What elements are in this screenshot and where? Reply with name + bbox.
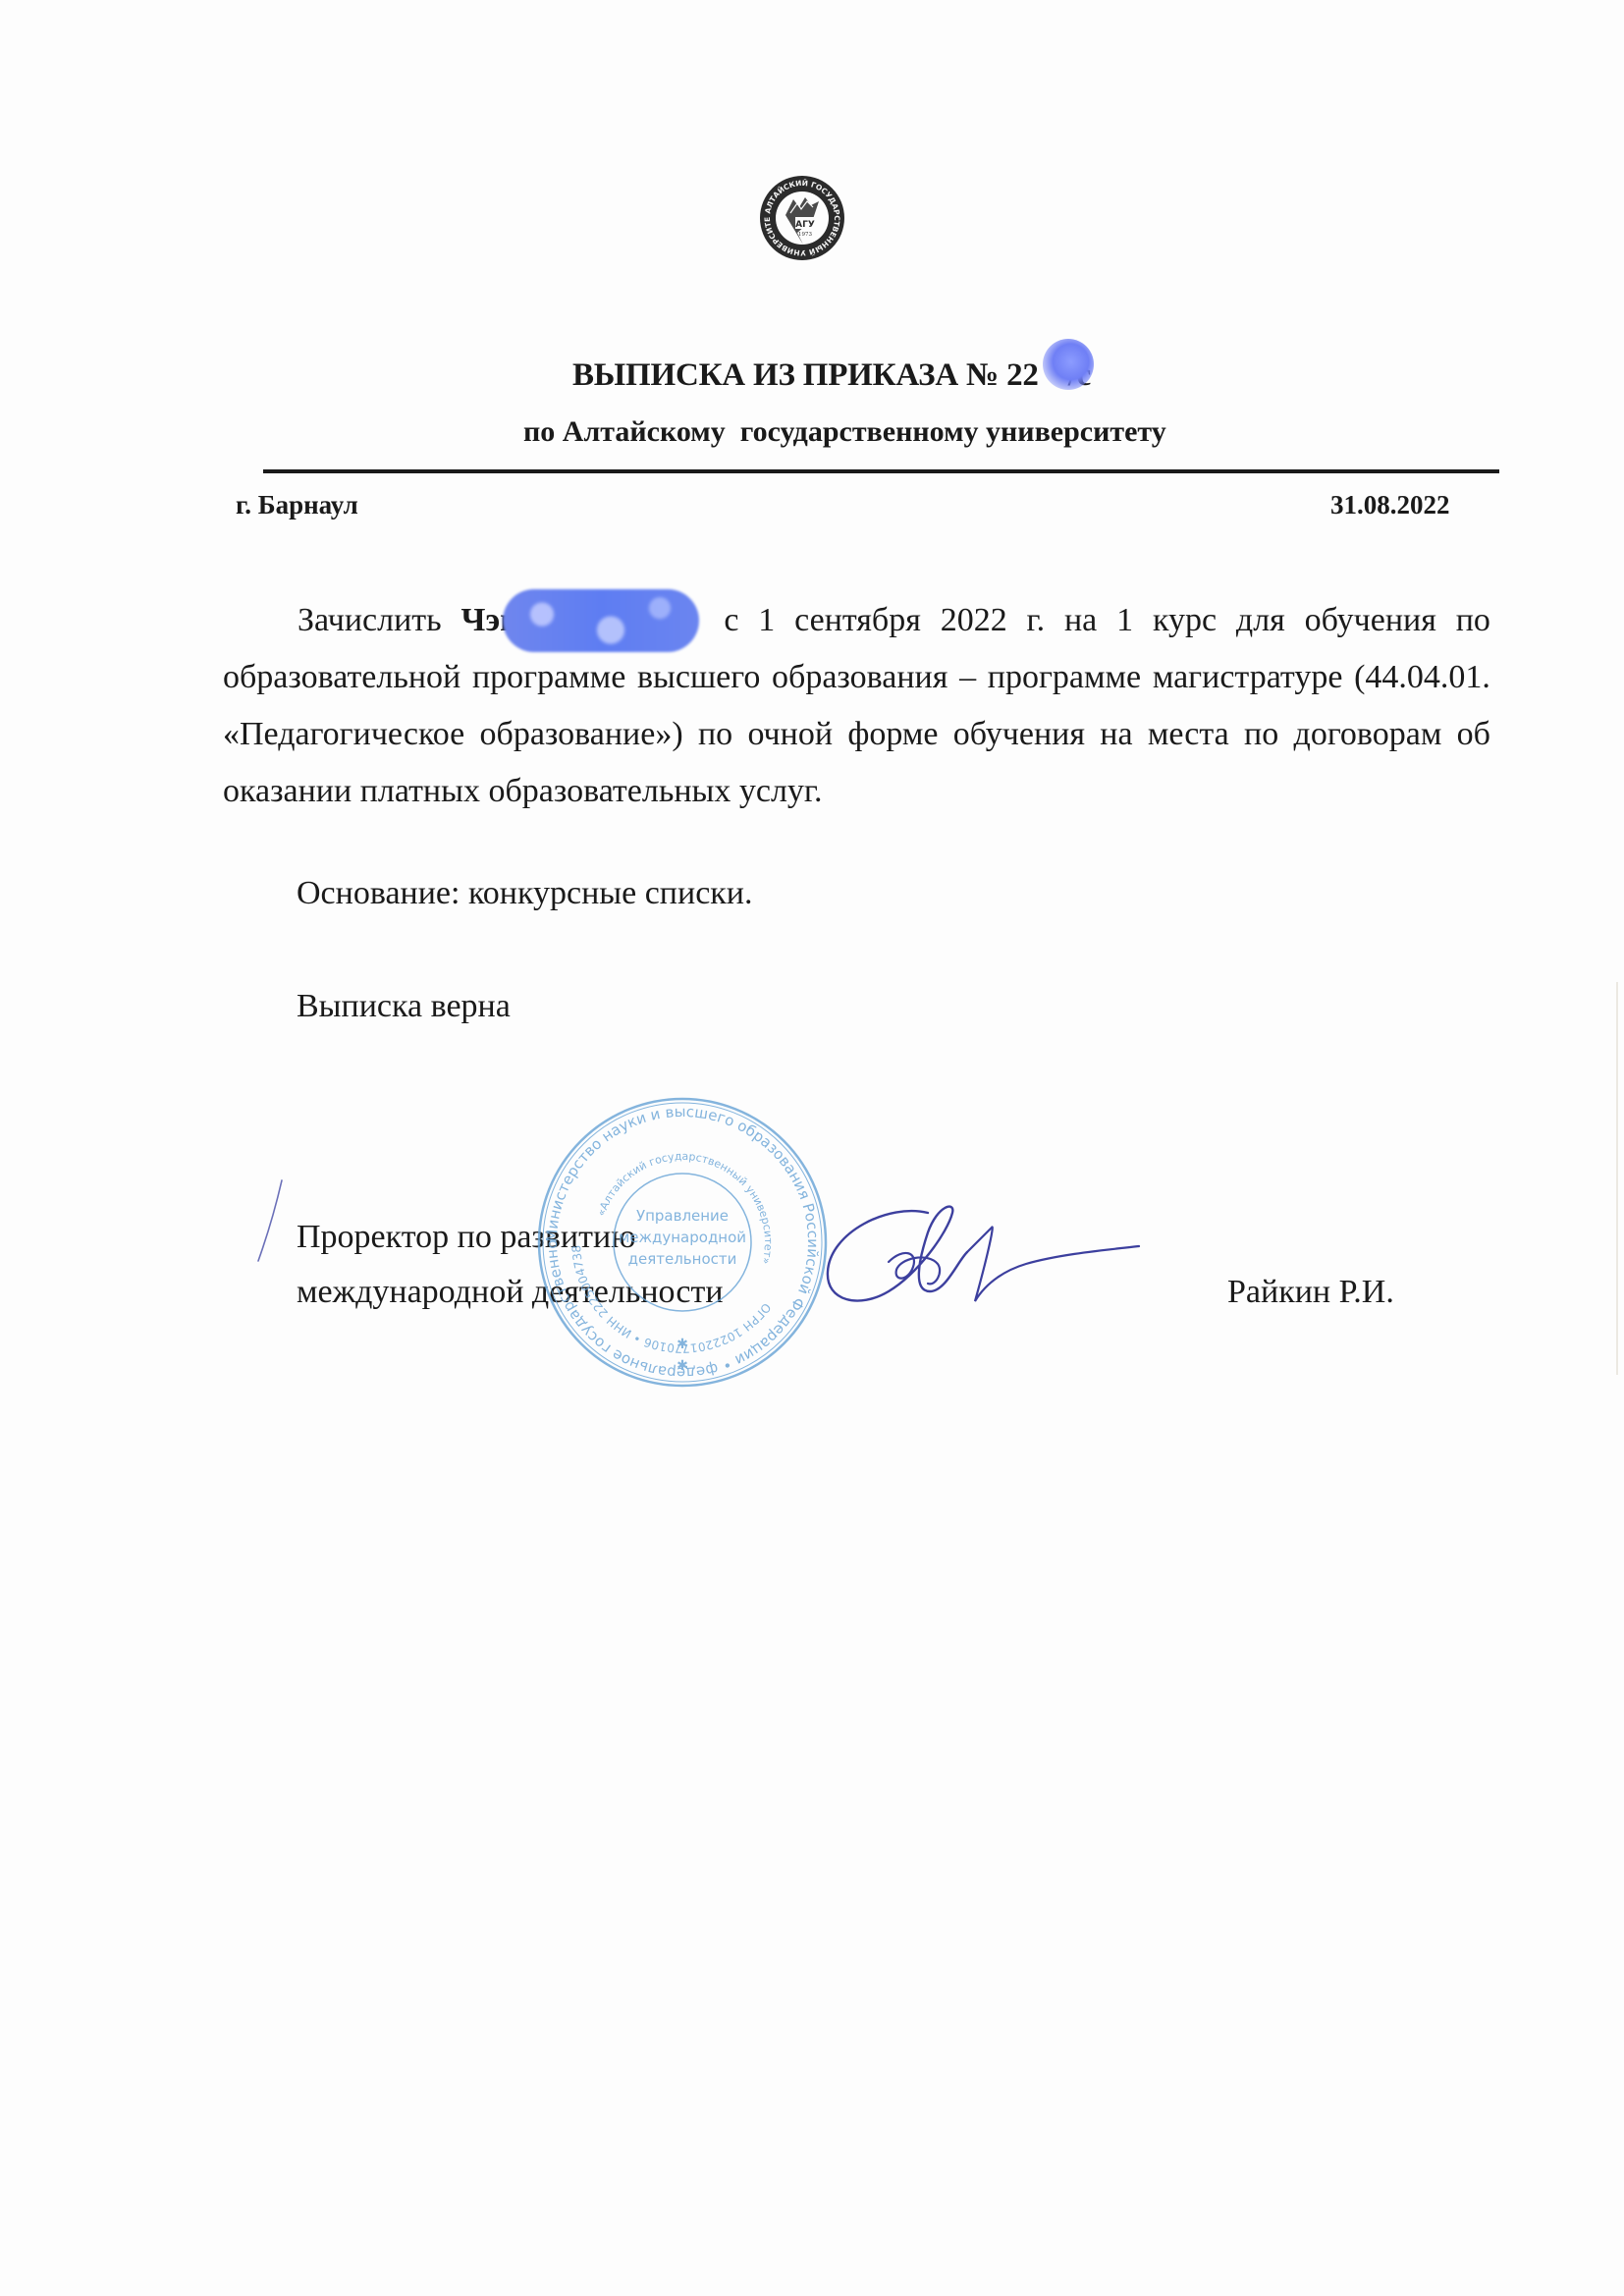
svg-text:1973: 1973	[798, 232, 812, 238]
university-emblem-icon: АЛТАЙСКИЙ ГОСУДАРСТВЕННЫЙ УНИВЕРСИТЕТ АГ…	[758, 174, 846, 262]
order-line-3: «Педагогическое образование») по очной ф…	[223, 706, 1490, 763]
city-label: г. Барнаул	[236, 488, 358, 521]
signatory-name: Райкин Р.И.	[1227, 1273, 1394, 1312]
svg-text:деятельности: деятельности	[628, 1250, 737, 1268]
document-subtitle: по Алтайскому государственному университ…	[523, 412, 1166, 452]
scan-edge-artifact	[1616, 982, 1618, 1375]
svg-text:✱: ✱	[677, 1359, 688, 1374]
svg-text:✱: ✱	[677, 1338, 688, 1352]
order-line-4: оказании платных образовательных услуг.	[223, 763, 1490, 820]
document-title: ВЫПИСКА ИЗ ПРИКАЗА № 22/с	[572, 355, 1091, 395]
document-date: 31.08.2022	[1330, 488, 1450, 521]
order-text: Зачислить Чэн с 1 сентября 2022 г. на 1 …	[223, 592, 1490, 820]
order-line-2: образовательной программе высшего образо…	[223, 649, 1490, 706]
svg-text:Управление: Управление	[636, 1207, 729, 1225]
order-line-1: Зачислить Чэн с 1 сентября 2022 г. на 1 …	[223, 592, 1490, 649]
svg-text:международной: международной	[619, 1229, 746, 1246]
svg-text:АГУ: АГУ	[795, 220, 815, 230]
pen-mark-icon	[250, 1176, 290, 1265]
document-page: АЛТАЙСКИЙ ГОСУДАРСТВЕННЫЙ УНИВЕРСИТЕТ АГ…	[0, 0, 1624, 2296]
redaction-blur	[503, 589, 699, 652]
header-divider	[263, 469, 1499, 473]
basis-text: Основание: конкурсные списки.	[297, 874, 753, 913]
signature	[820, 1193, 1144, 1316]
redaction-blur	[1043, 339, 1094, 390]
title-text: ВЫПИСКА ИЗ ПРИКАЗА № 22	[572, 357, 1039, 393]
verified-text: Выписка верна	[297, 987, 511, 1026]
official-stamp-icon: Министерство науки и высшего образования…	[535, 1095, 830, 1390]
